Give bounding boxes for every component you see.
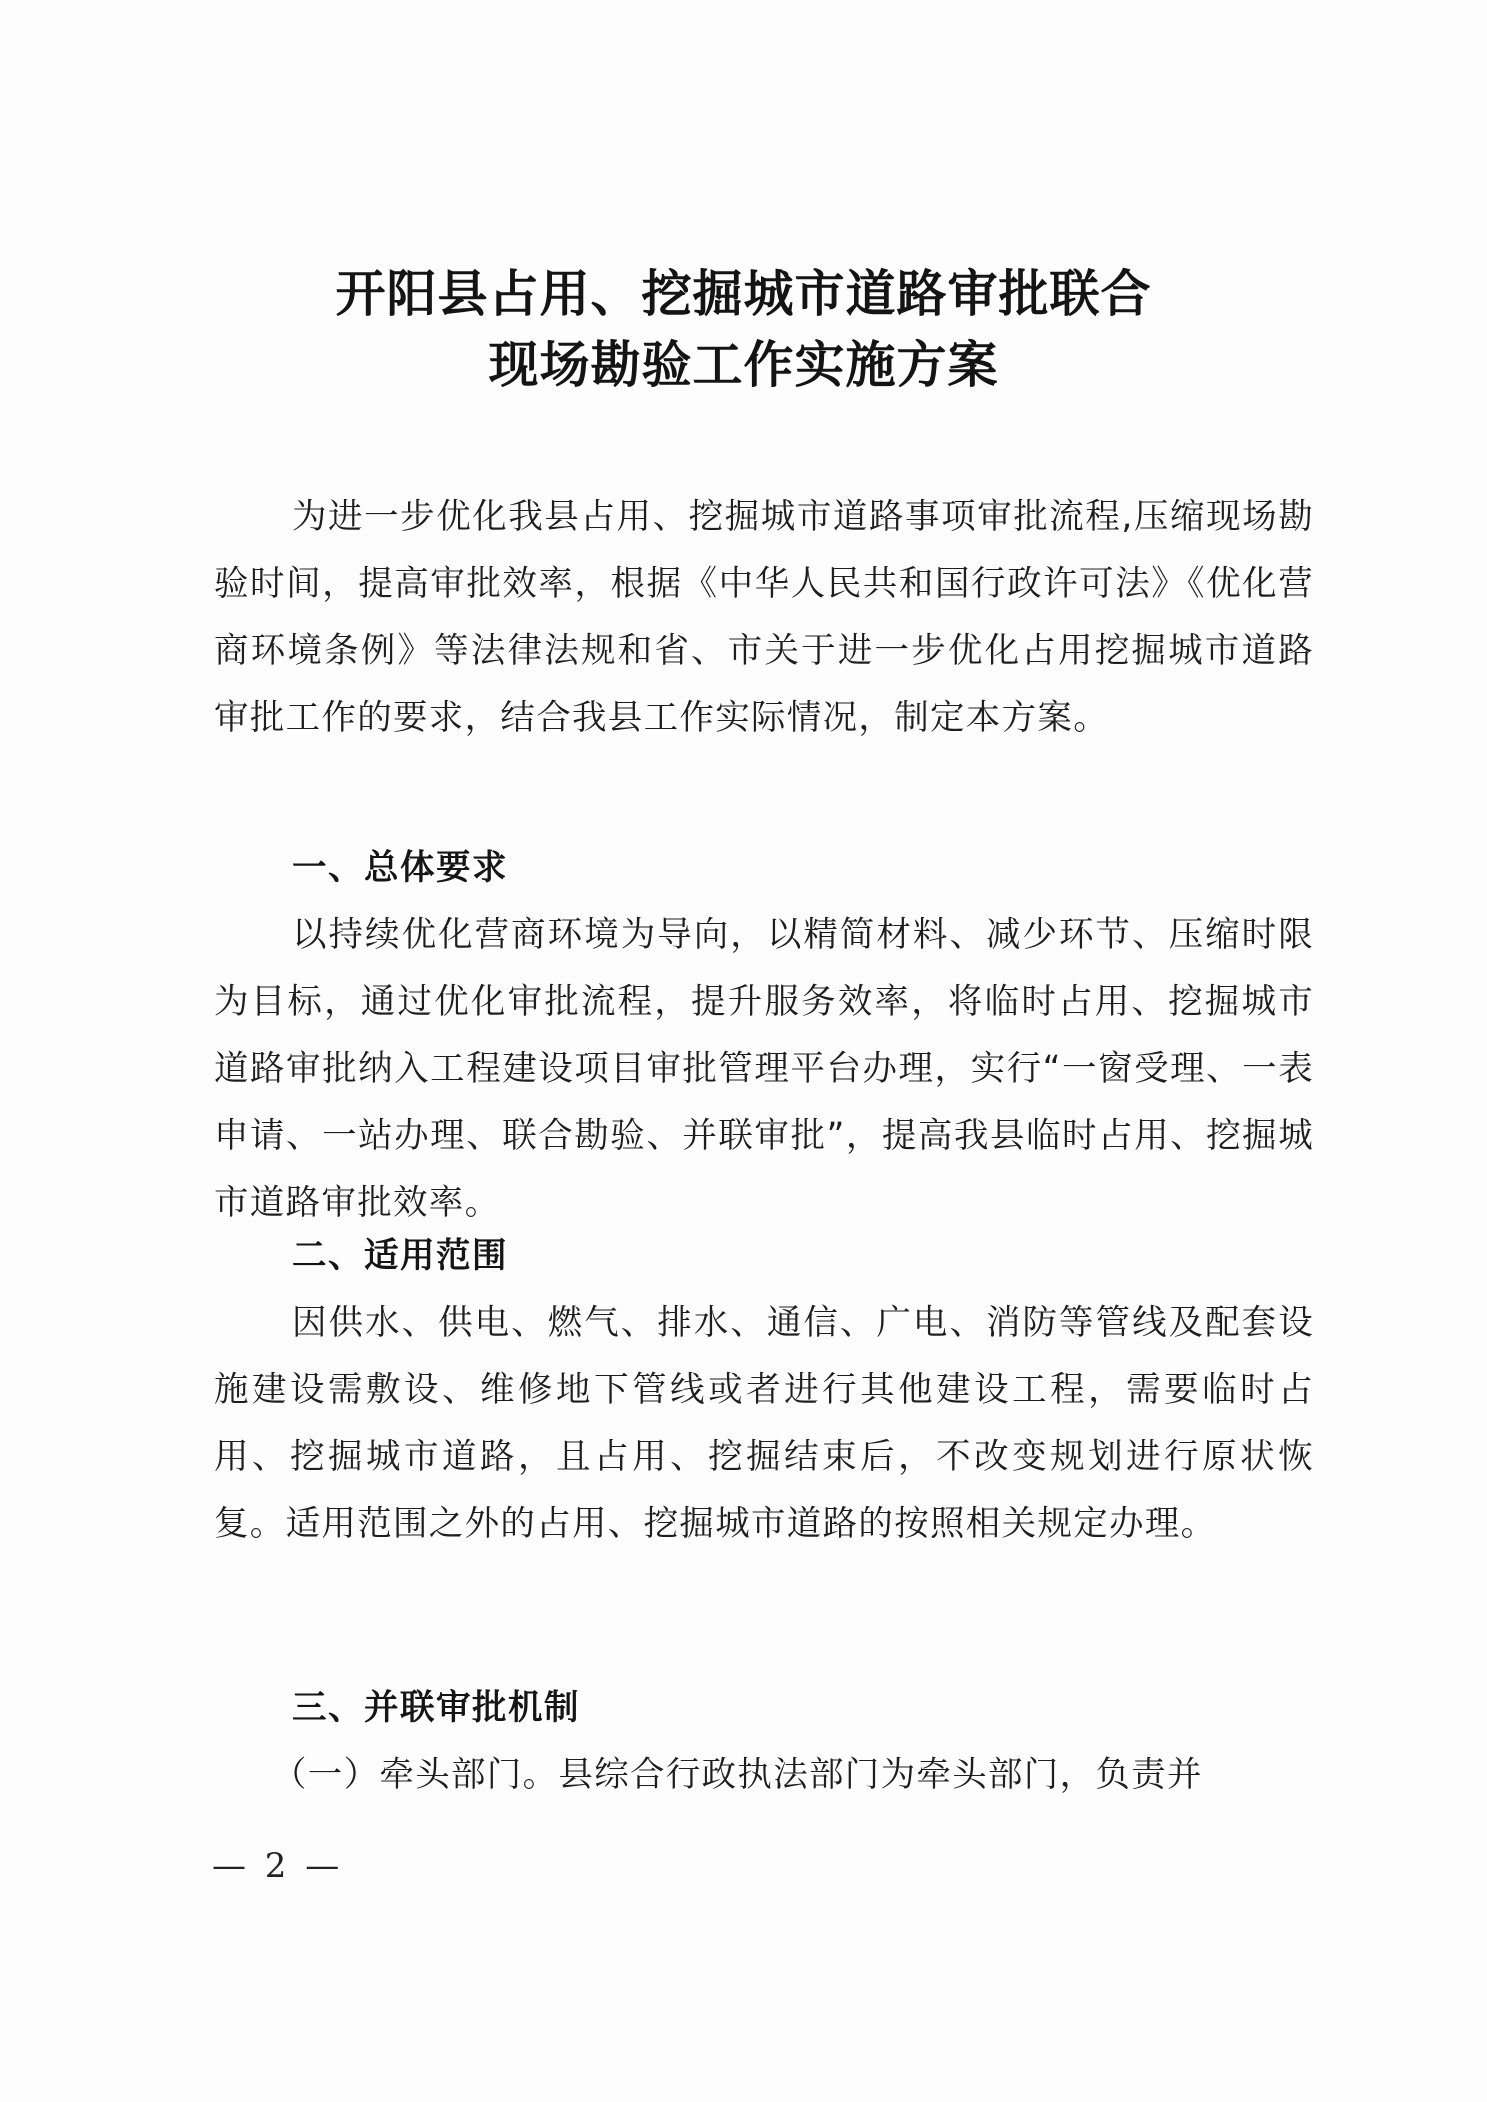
section-paragraph-general-requirements: 以持续优化营商环境为导向，以精简材料、减少环节、压缩时限为目标，通过优化审批流程… [214, 902, 1314, 1237]
document-title: 开阳县占用、挖掘城市道路审批联合 现场勘验工作实施方案 [0, 258, 1487, 400]
section-paragraph-lead-department: （一）牵头部门。县综合行政执法部门为牵头部门，负责并 [214, 1742, 1314, 1809]
title-line-1: 开阳县占用、挖掘城市道路审批联合 [0, 258, 1487, 329]
section-paragraph-scope: 因供水、供电、燃气、排水、通信、广电、消防等管线及配套设施建设需敷设、维修地下管… [214, 1290, 1314, 1558]
title-line-2: 现场勘验工作实施方案 [0, 329, 1487, 400]
intro-paragraph: 为进一步优化我县占用、挖掘城市道路事项审批流程,压缩现场勘验时间，提高审批效率，… [214, 484, 1314, 752]
section-heading-scope: 二、适用范围 [292, 1223, 508, 1290]
section-heading-general-requirements: 一、总体要求 [292, 835, 508, 902]
document-page: 开阳县占用、挖掘城市道路审批联合 现场勘验工作实施方案 为进一步优化我县占用、挖… [0, 0, 1487, 2102]
section-heading-parallel-approval: 三、并联审批机制 [292, 1675, 580, 1742]
page-number: — 2 — [212, 1846, 343, 1886]
